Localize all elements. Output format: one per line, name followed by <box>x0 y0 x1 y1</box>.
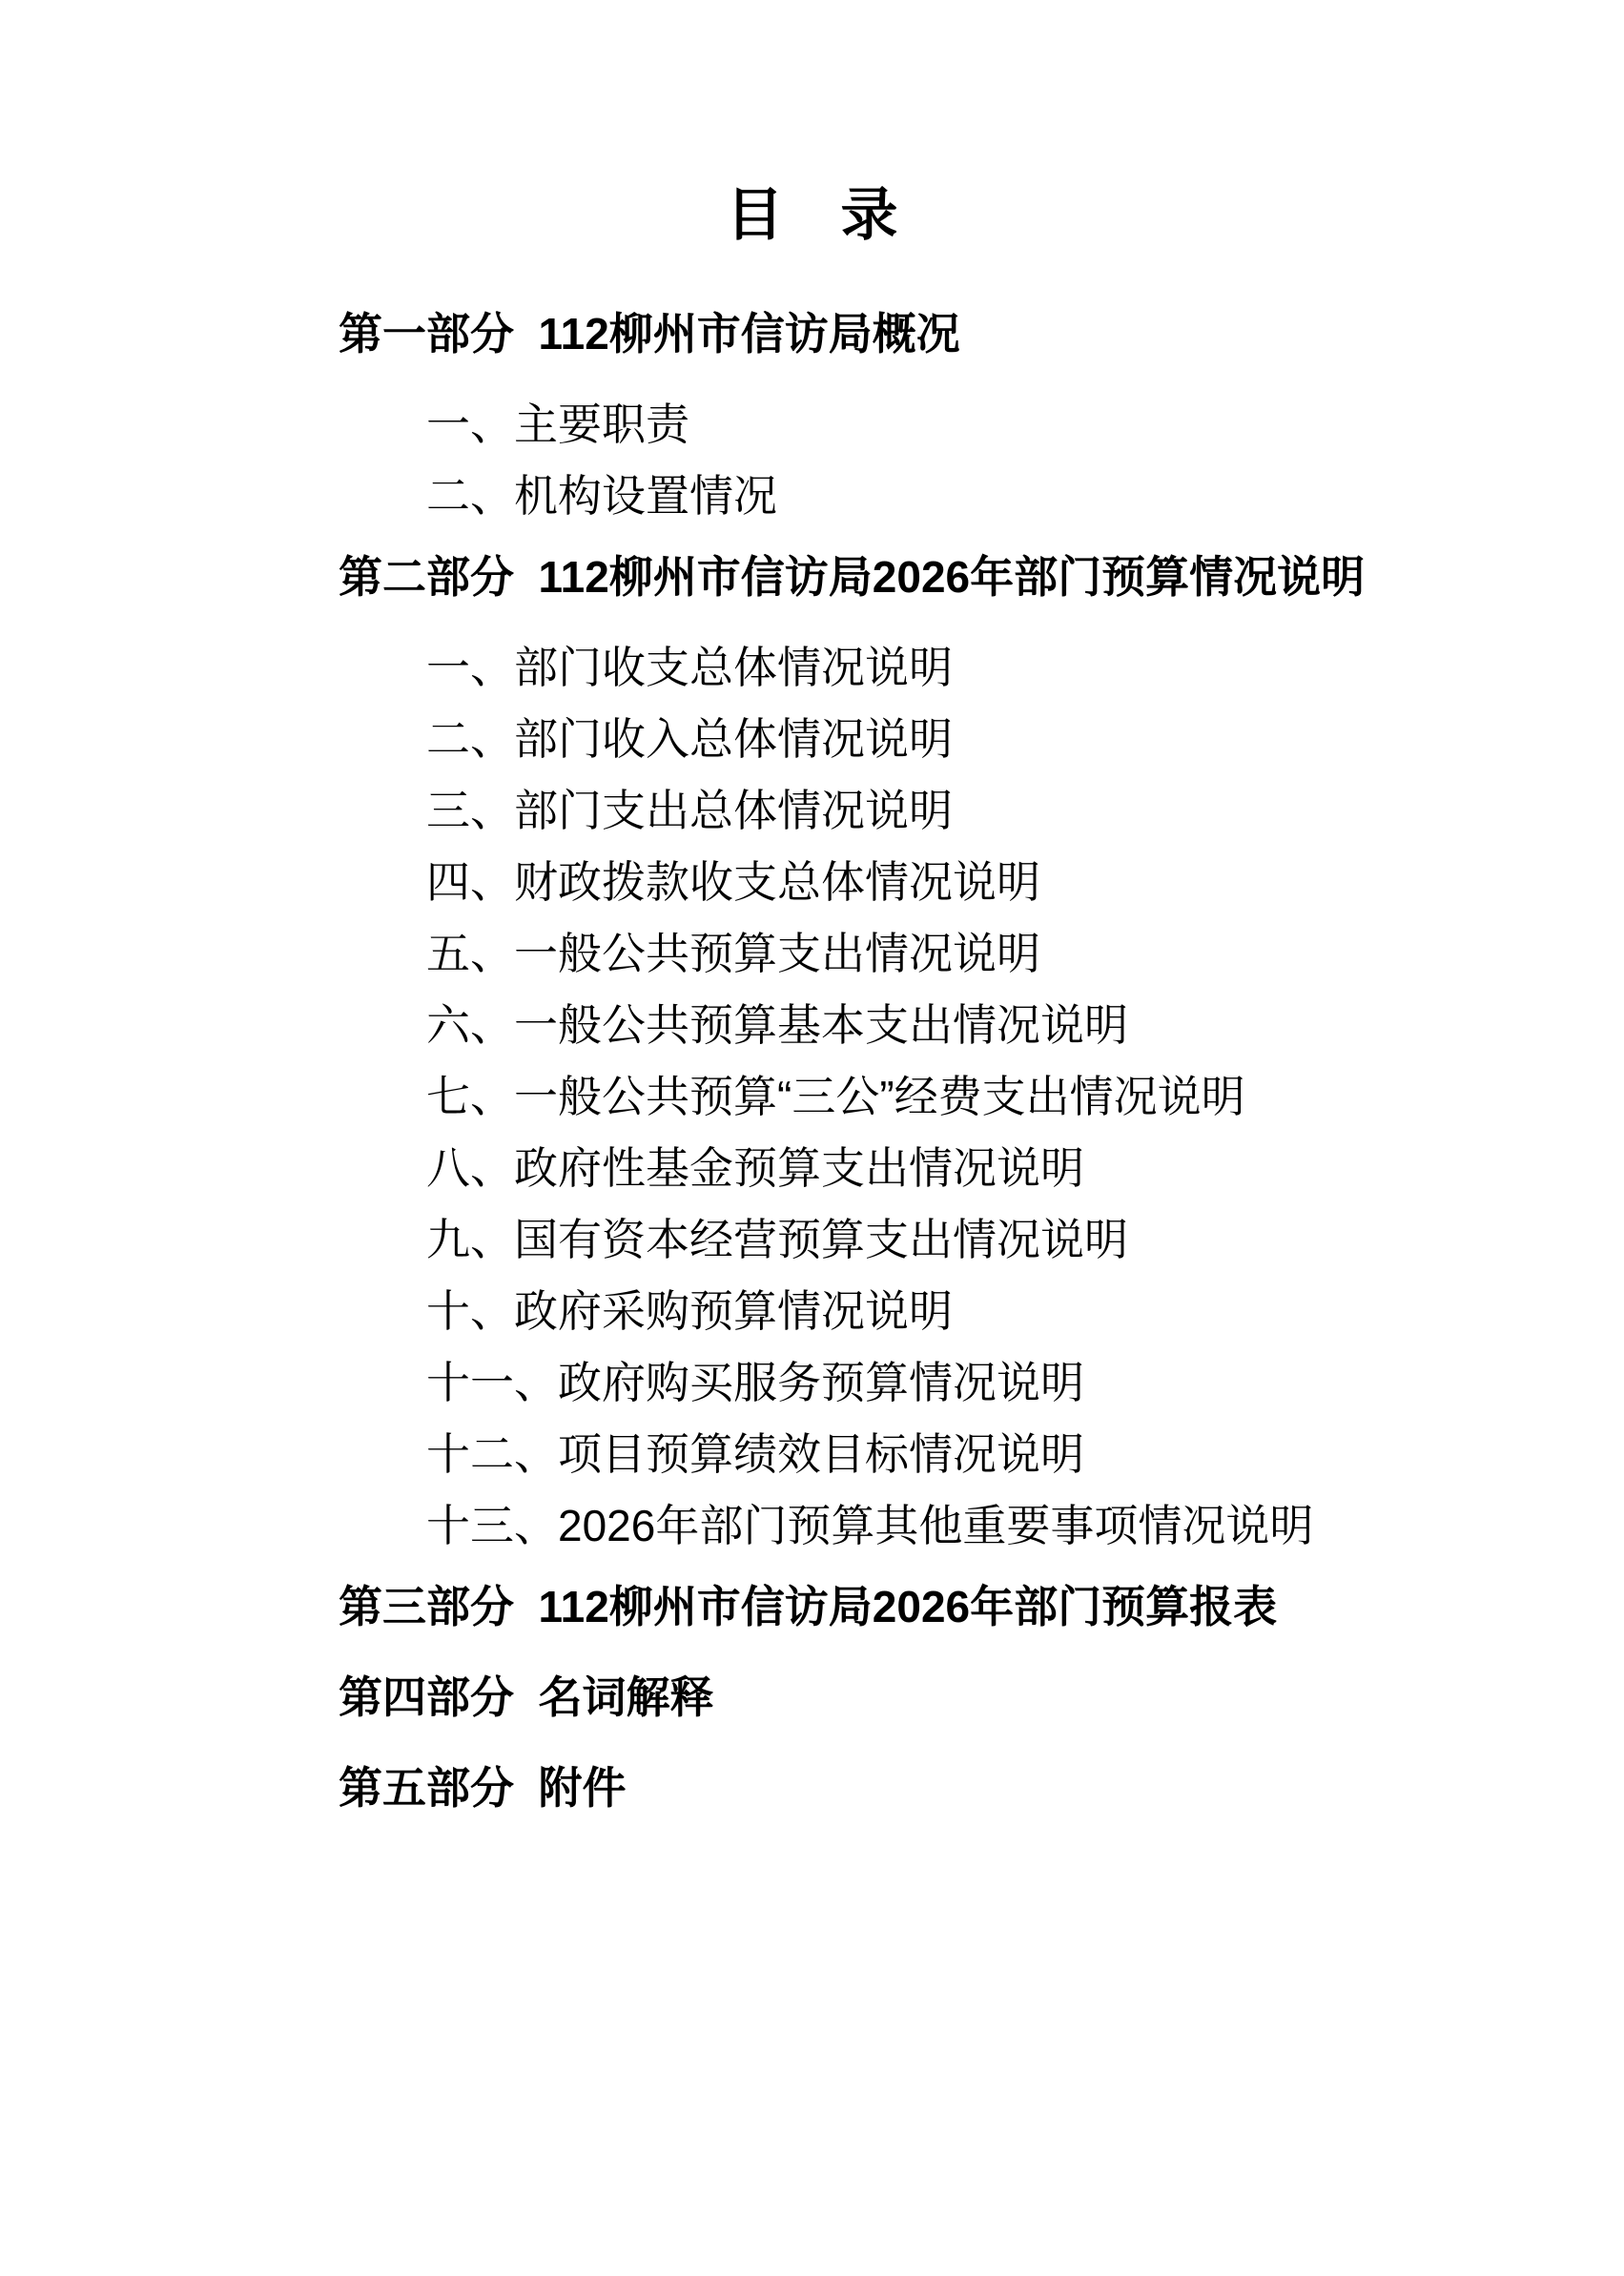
toc-item: 五、一般公共预算支出情况说明 <box>0 931 1624 976</box>
toc-section-heading: 第三部分 112柳州市信访局2026年部门预算报表 <box>0 1584 1624 1630</box>
toc-item: 十、政府采购预算情况说明 <box>0 1288 1624 1334</box>
toc-section-heading: 第四部分 名词解释 <box>0 1674 1624 1720</box>
toc-item: 二、机构设置情况 <box>0 473 1624 519</box>
toc-item: 十一、政府购买服务预算情况说明 <box>0 1360 1624 1405</box>
toc-item: 一、主要职责 <box>0 401 1624 447</box>
toc-item: 二、部门收入总体情况说明 <box>0 716 1624 762</box>
toc-item: 三、部门支出总体情况说明 <box>0 788 1624 833</box>
toc-section-heading: 第二部分 112柳州市信访局2026年部门预算情况说明 <box>0 554 1624 600</box>
toc-item: 一、部门收支总体情况说明 <box>0 645 1624 690</box>
document-page: 目 录 第一部分 112柳州市信访局概况 一、主要职责 二、机构设置情况 第二部… <box>0 0 1624 2276</box>
toc-item: 四、财政拨款收支总体情况说明 <box>0 859 1624 905</box>
toc-item: 八、政府性基金预算支出情况说明 <box>0 1145 1624 1191</box>
toc-item: 七、一般公共预算“三公”经费支出情况说明 <box>0 1074 1624 1119</box>
toc-section-heading: 第一部分 112柳州市信访局概况 <box>0 311 1624 357</box>
toc-item: 六、一般公共预算基本支出情况说明 <box>0 1002 1624 1048</box>
toc-section-heading: 第五部分 附件 <box>0 1765 1624 1811</box>
toc-item: 十三、2026年部门预算其他重要事项情况说明 <box>0 1503 1624 1548</box>
toc-item: 十二、项目预算绩效目标情况说明 <box>0 1431 1624 1477</box>
toc-title: 目 录 <box>0 0 1624 244</box>
toc-item: 九、国有资本经营预算支出情况说明 <box>0 1217 1624 1262</box>
